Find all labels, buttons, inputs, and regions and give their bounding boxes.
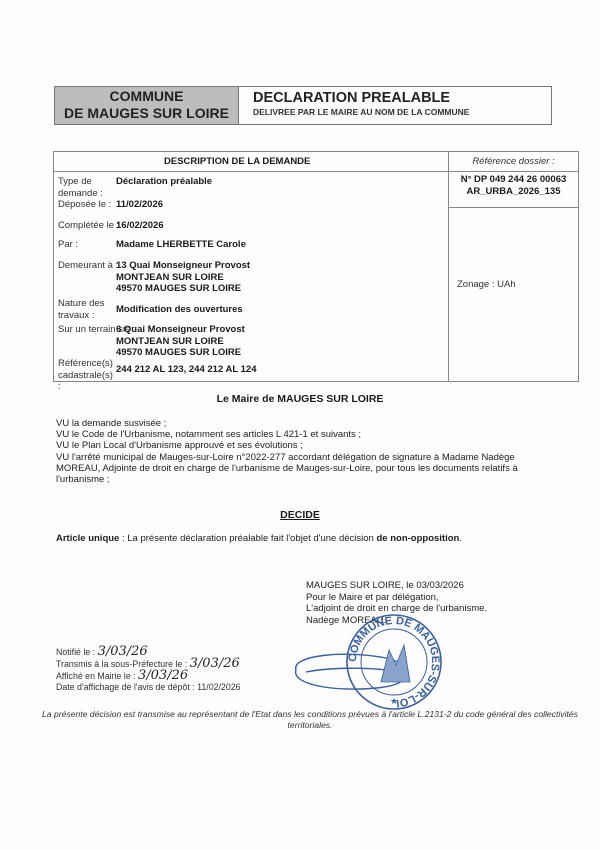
notifie-label: Notifié le : [56,647,95,657]
svg-text:COMMUNE DE MAUGES-SUR-LOIRE: COMMUNE DE MAUGES-SUR-LOIRE [286,610,441,709]
decide-heading: DECIDE [0,509,600,521]
transmis-value: 3/03/26 [190,656,240,671]
svg-text:★: ★ [390,696,398,706]
row-label: Nature des travaux : [58,298,110,321]
commune-line1: COMMUNE [55,88,238,105]
article-text: : La présente déclaration préalable fait… [119,533,376,544]
signature-delegation: Pour le Maire et par délégation, [306,592,487,604]
depot-line: Date d'affichage de l'avis de dépôt : 11… [56,682,241,693]
reference-header: Référence dossier : [449,156,578,167]
row-value: 11/02/2026 [116,199,163,211]
reference-number: N° DP 049 244 26 00063 [449,174,578,186]
row-value: 244 212 AL 123, 244 212 AL 124 [116,364,257,376]
article-unique: Article unique : La présente déclaration… [56,533,462,544]
commune-block: COMMUNE DE MAUGES SUR LOIRE [55,87,239,124]
row-value: 16/02/2026 [116,220,164,232]
vu-clause: VU l'arrêté municipal de Mauges-sur-Loir… [56,452,556,486]
row-value: Modification des ouvertures [116,304,243,316]
article-emphasis: de non-opposition [376,533,459,544]
reference-code: AR_URBA_2026_135 [449,186,578,198]
row-value: 13 Quai Monseigneur Provost MONTJEAN SUR… [116,260,250,295]
mayor-title: Le Maire de MAUGES SUR LOIRE [0,393,600,405]
article-end: . [459,533,462,544]
signature-place-date: MAUGES SUR LOIRE, le 03/03/2026 [306,580,487,592]
depot-value: 11/02/2026 [197,682,240,692]
commune-line2: DE MAUGES SUR LOIRE [55,105,238,122]
zonage: Zonage : UAh [457,279,516,290]
article-label: Article unique [56,533,119,544]
row-value: 6 Quai Monseigneur Provost MONTJEAN SUR … [116,324,245,359]
row-value: Madame LHERBETTE Carole [116,239,246,251]
notifie-value: 3/03/26 [98,644,148,659]
vu-clause: VU le Plan Local d'Urbanisme approuvé et… [56,440,556,451]
affiche-label: Affiché en Mairie le : [56,671,136,681]
document-title: DECLARATION PREALABLE [253,90,469,106]
affiche-value: 3/03/26 [138,668,188,683]
depot-label: Date d'affichage de l'avis de dépôt : [56,682,195,692]
row-label: Référence(s) cadastrale(s) : [58,358,118,393]
title-block: DECLARATION PREALABLE DELIVREE PAR LE MA… [239,87,469,124]
notification-notes: Notifié le : 3/03/26 Transmis à la sous-… [56,646,241,693]
description-table: DESCRIPTION DE LA DEMANDE Référence doss… [53,151,579,382]
row-value: Déclaration préalable [116,176,212,188]
vu-clause: VU le Code de l'Urbanisme, notamment ses… [56,429,556,440]
reference-value: N° DP 049 244 26 00063 AR_URBA_2026_135 [449,174,578,198]
row-label: Type de demande : [58,176,113,199]
document-subtitle: DELIVREE PAR LE MAIRE AU NOM DE LA COMMU… [253,106,469,119]
document-header: COMMUNE DE MAUGES SUR LOIRE DECLARATION … [54,86,552,125]
stamp-text: COMMUNE DE MAUGES-SUR-LOIRE [286,610,441,709]
affiche-line: Affiché en Mairie le : 3/03/26 [56,670,241,682]
official-stamp-icon: COMMUNE DE MAUGES-SUR-LOIRE ★ [286,610,466,710]
description-header: DESCRIPTION DE LA DEMANDE [164,156,310,167]
vu-clause: VU la demande susvisée ; [56,418,556,429]
vu-clauses: VU la demande susvisée ; VU le Code de l… [56,418,556,485]
legal-footer: La présente décision est transmise au re… [40,709,580,731]
